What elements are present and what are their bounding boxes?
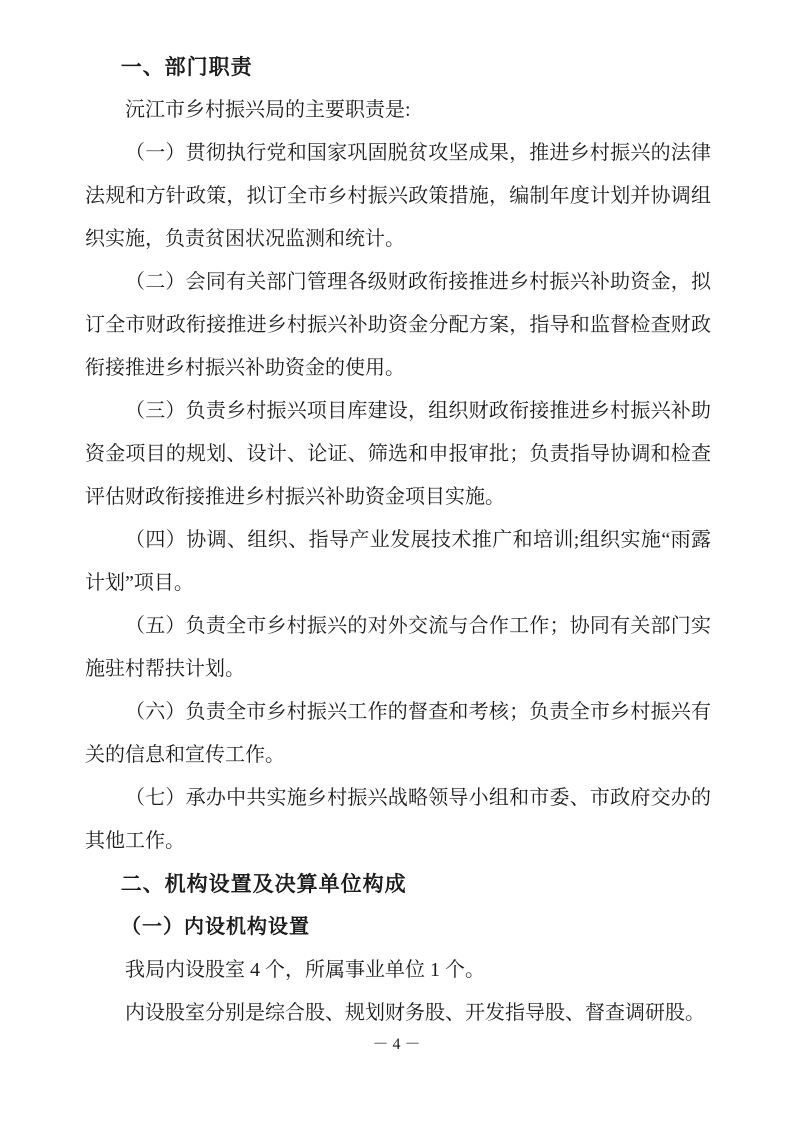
document-content: 一、部门职责 沅江市乡村振兴局的主要职责是: （一）贯彻执行党和国家巩固脱贫攻坚…	[85, 46, 711, 1035]
subsection-heading-internal-setup: （一）内设机构设置	[85, 906, 711, 949]
paragraph-duty-5: （五）负责全市乡村振兴的对外交流与合作工作；协同有关部门实施驻村帮扶计划。	[85, 605, 711, 691]
document-page: 一、部门职责 沅江市乡村振兴局的主要职责是: （一）贯彻执行党和国家巩固脱贫攻坚…	[0, 0, 793, 1122]
section-heading-duties: 一、部门职责	[85, 46, 711, 89]
page-number: － 4 －	[0, 1032, 793, 1058]
paragraph-intro: 沅江市乡村振兴局的主要职责是:	[85, 89, 711, 132]
paragraph-org-counts: 我局内设股室 4 个，所属事业单位 1 个。	[85, 949, 711, 992]
paragraph-duty-6: （六）负责全市乡村振兴工作的督查和考核；负责全市乡村振兴有关的信息和宣传工作。	[85, 691, 711, 777]
section-heading-organization: 二、机构设置及决算单位构成	[85, 863, 711, 906]
paragraph-duty-1: （一）贯彻执行党和国家巩固脱贫攻坚成果，推进乡村振兴的法律法规和方针政策，拟订全…	[85, 132, 711, 261]
paragraph-duty-3: （三）负责乡村振兴项目库建设，组织财政衔接推进乡村振兴补助资金项目的规划、设计、…	[85, 390, 711, 519]
paragraph-duty-2: （二）会同有关部门管理各级财政衔接推进乡村振兴补助资金，拟订全市财政衔接推进乡村…	[85, 261, 711, 390]
paragraph-duty-7: （七）承办中共实施乡村振兴战略领导小组和市委、市政府交办的其他工作。	[85, 777, 711, 863]
paragraph-org-names: 内设股室分别是综合股、规划财务股、开发指导股、督查调研股。	[85, 992, 711, 1035]
paragraph-duty-4: （四）协调、组织、指导产业发展技术推广和培训;组织实施“雨露计划”项目。	[85, 519, 711, 605]
